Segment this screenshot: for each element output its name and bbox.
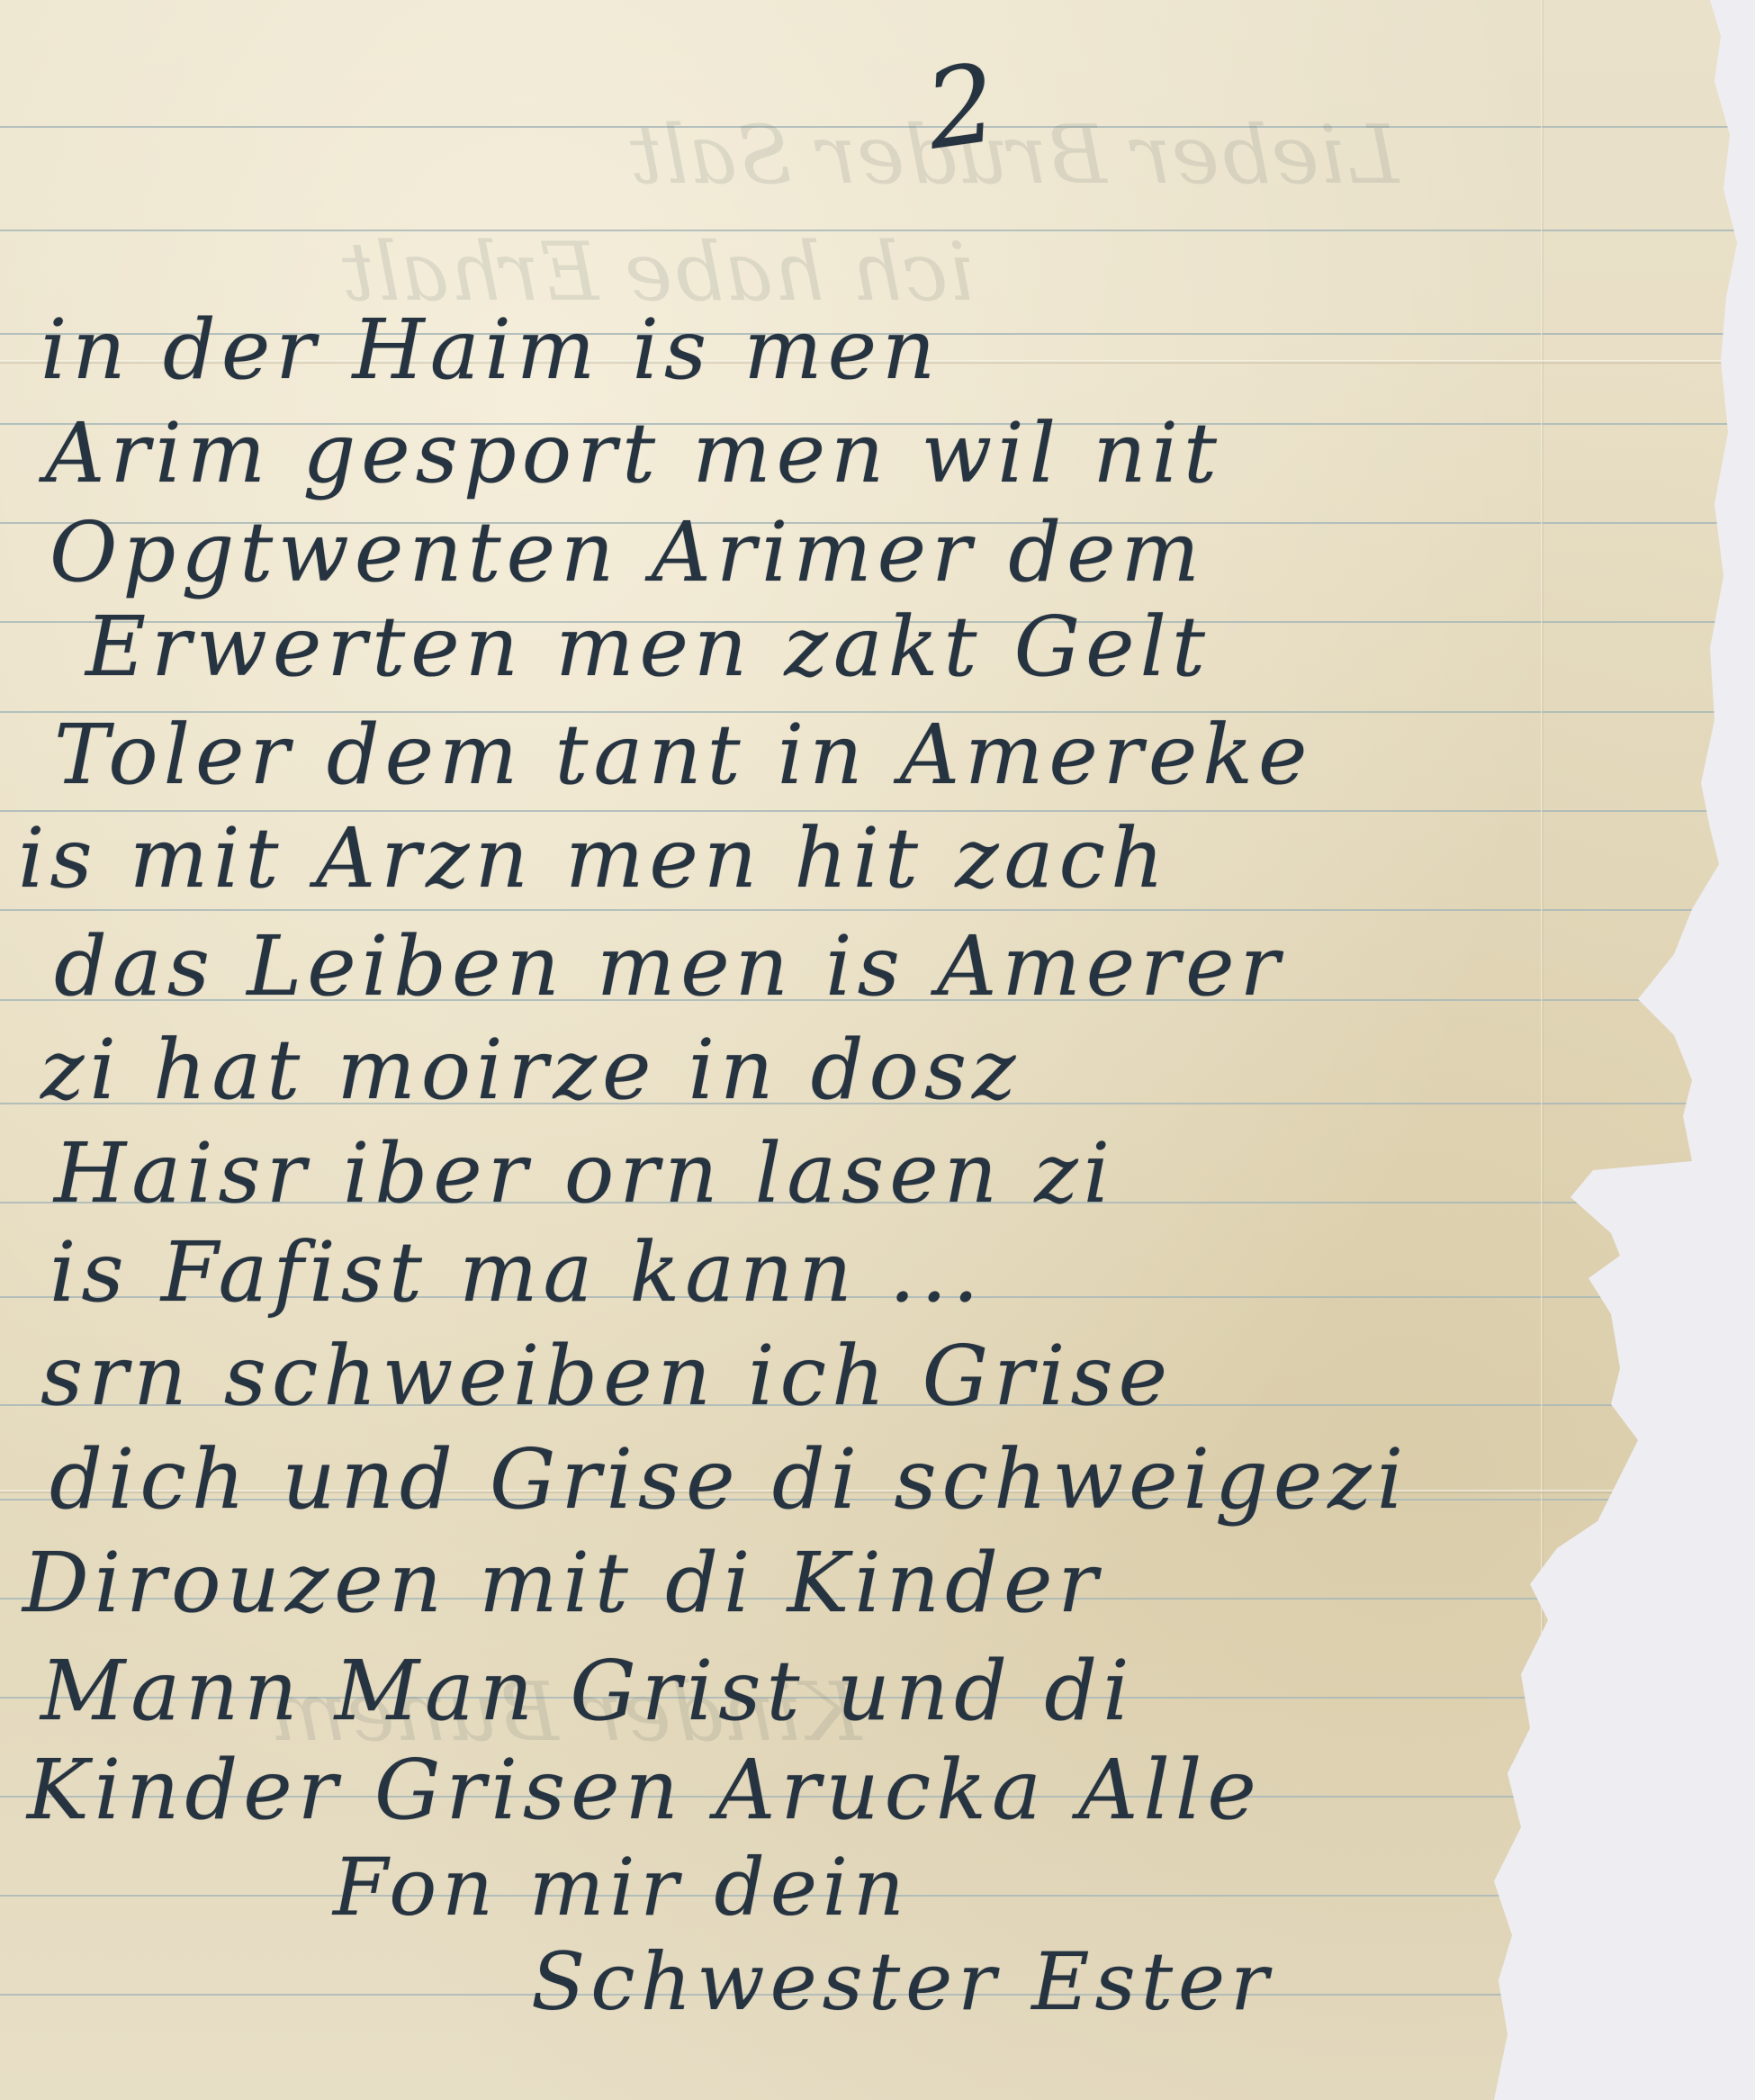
letter-line: srn schweiben ich Grise [40, 1328, 1173, 1424]
letter-line: Kinder Grisen Arucka Alle [27, 1742, 1262, 1838]
letter-line: Haisr iber orn lasen zi [54, 1125, 1115, 1221]
letter-line: Opgtwenten Arimer dem [49, 504, 1205, 600]
letter-line: Dirouzen mit di Kinder [22, 1535, 1102, 1631]
letter-line: in der Haim is men [40, 302, 940, 398]
signature: Schwester Ester [531, 1935, 1273, 2028]
letter-line: is mit Arzn men hit zach [18, 810, 1169, 906]
letter-line: dich und Grise di schweigezi [49, 1431, 1408, 1528]
bleed-through-text: Lieber Bruder Salt [630, 108, 1399, 203]
letter-line: zi hat moirze in dosz [40, 1022, 1021, 1118]
ruled-line [0, 909, 1755, 911]
letter-line: das Leiben men is Amerer [54, 918, 1285, 1014]
letter-line: Toler dem tant in Amereke [54, 707, 1312, 803]
letter-line: Arim gesport men wil nit [45, 405, 1222, 501]
letter-line: Erwerten men zakt Gelt [85, 599, 1210, 695]
closing-line: Fon mir dein [333, 1841, 910, 1933]
letter-page: Lieber Bruder Salt ich habe Erhalt Kinde… [0, 0, 1755, 2100]
letter-line: Mann Man Grist und di [40, 1643, 1135, 1739]
letter-line: is Fafist ma kann ... [49, 1224, 985, 1320]
